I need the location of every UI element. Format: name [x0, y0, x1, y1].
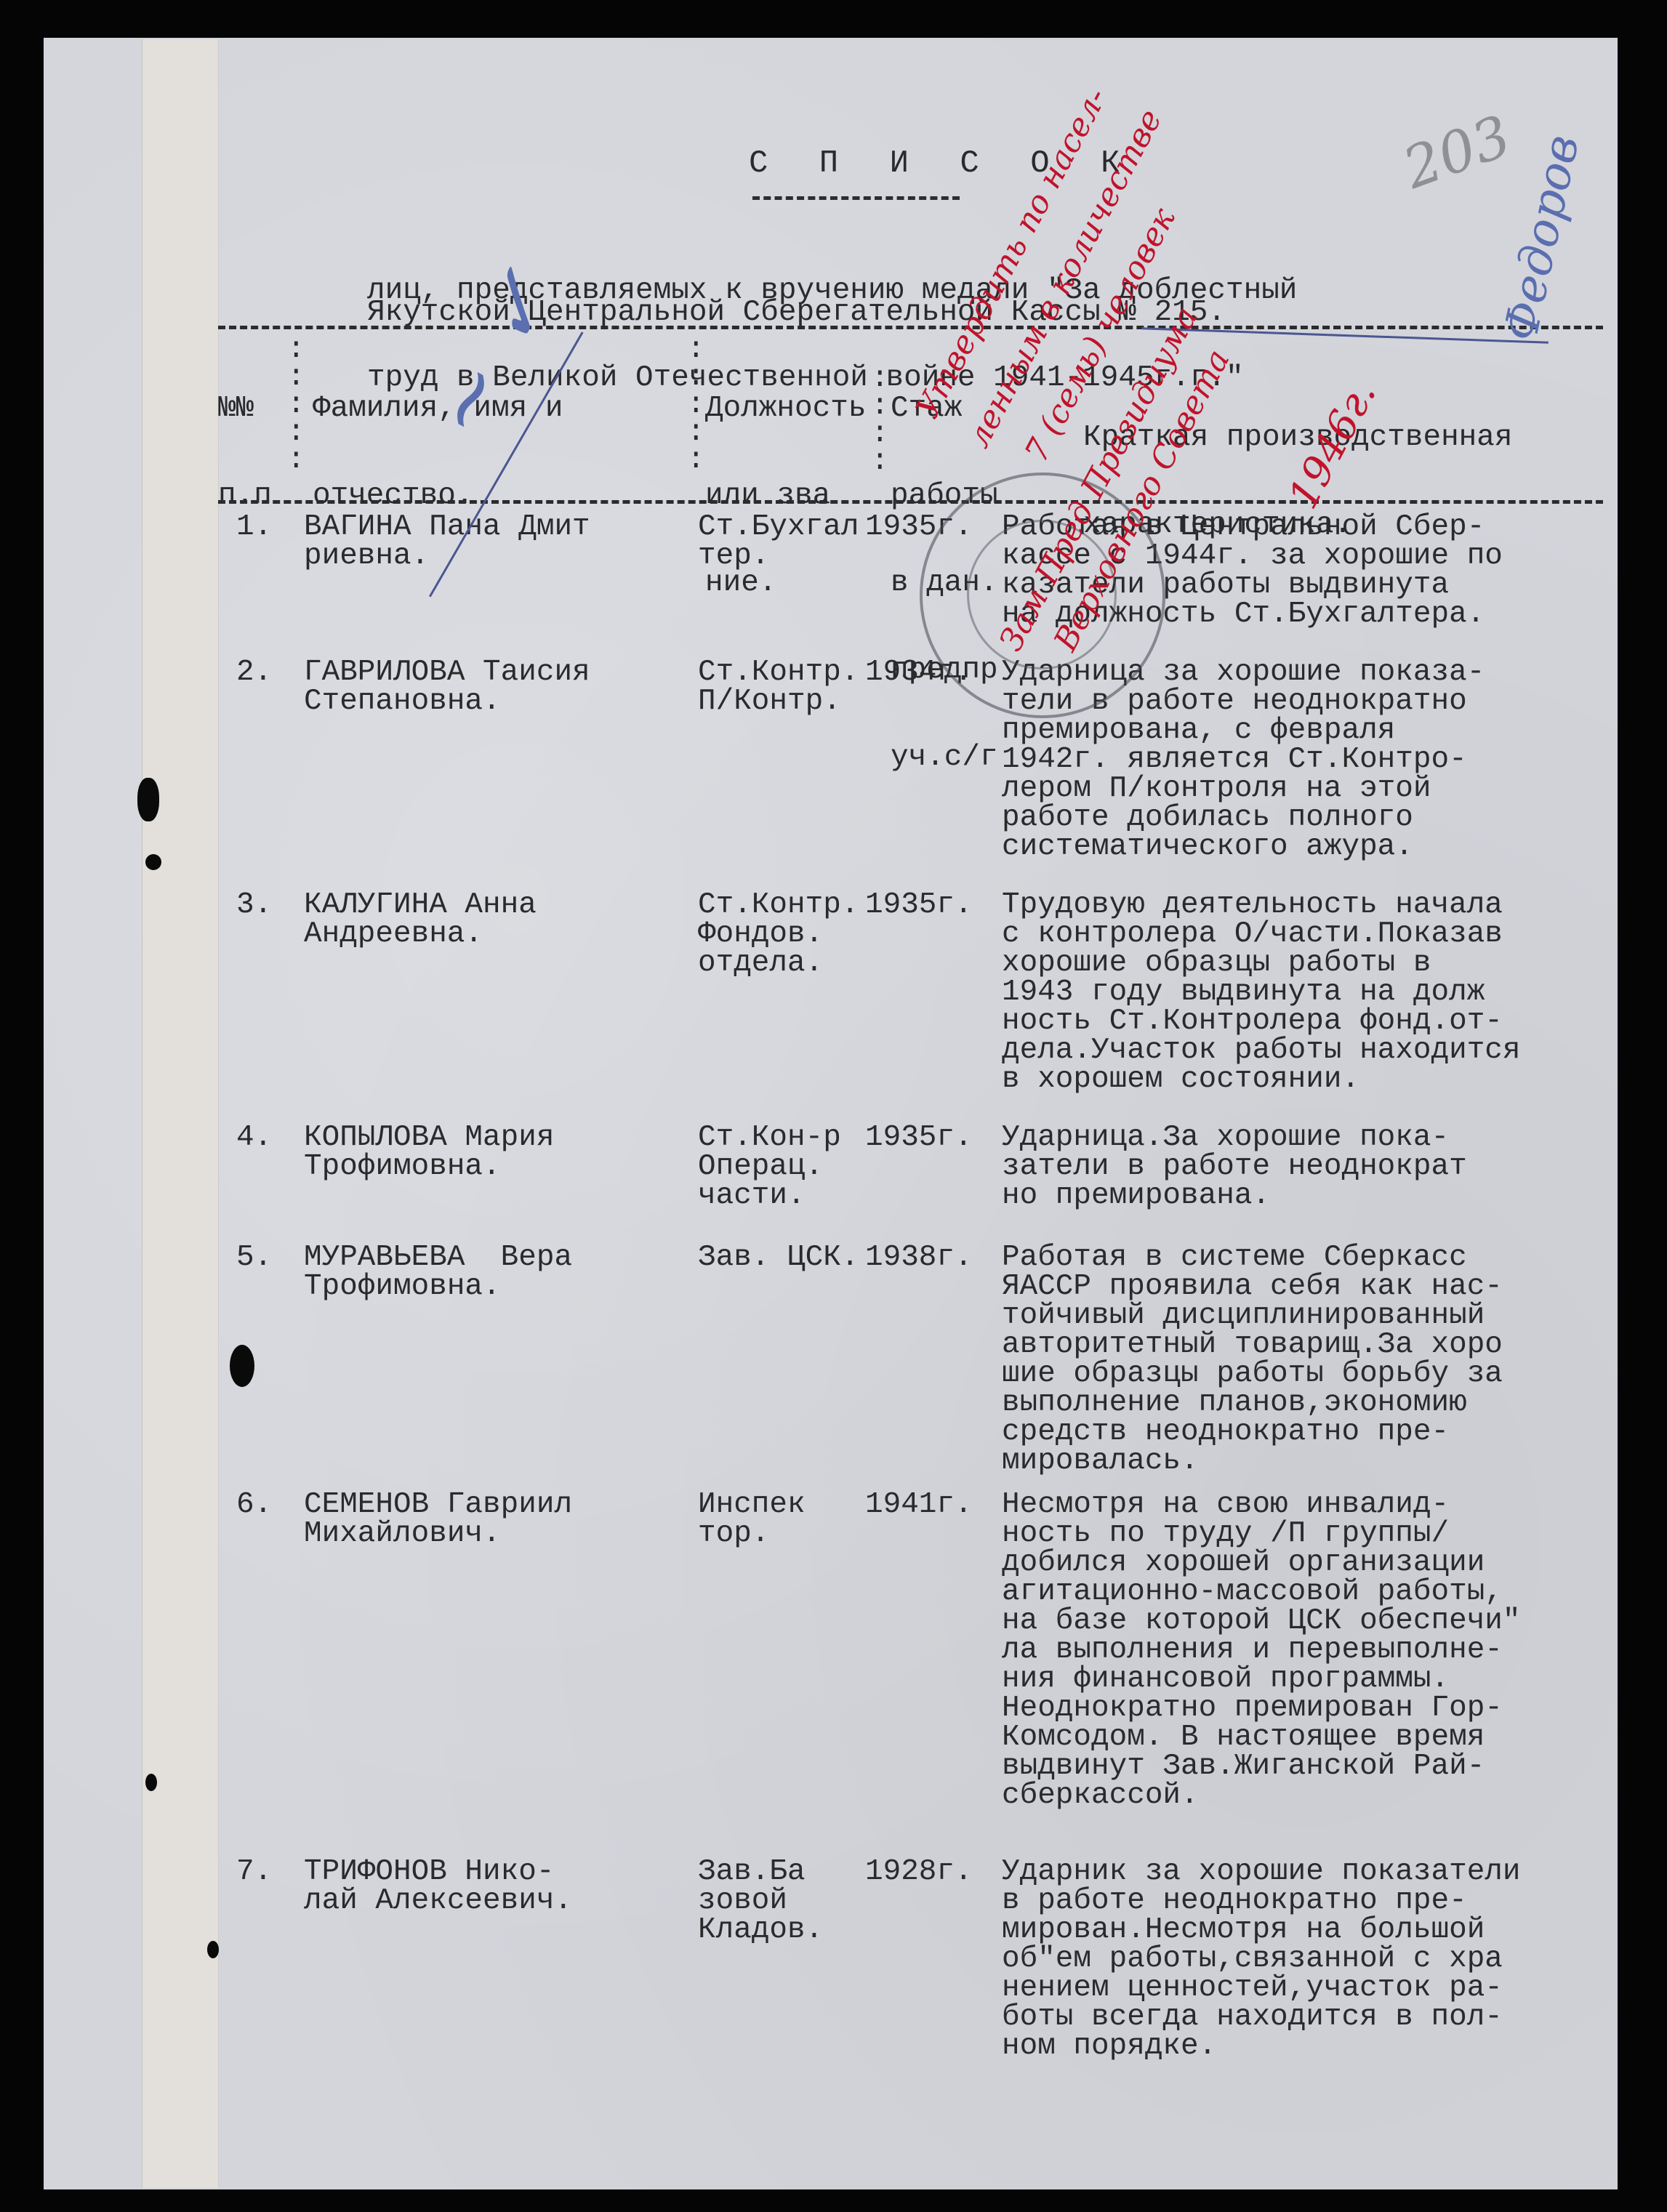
work-experience: 1935г. — [865, 1123, 973, 1152]
column-separator: ::::: — [287, 336, 305, 474]
binding-strip — [142, 39, 219, 2188]
header-num: №№ п.п — [218, 336, 272, 539]
work-experience: 1938г. — [865, 1243, 973, 1272]
row-number: 5. — [236, 1243, 272, 1272]
person-name: КАЛУГИНА АннаАндреевна. — [304, 890, 537, 949]
person-position: Ст.Контр.П/Контр. — [698, 658, 859, 716]
person-position: Ст.Кон-рОперац.части. — [698, 1123, 841, 1210]
work-experience: 1941г. — [865, 1490, 973, 1519]
production-characteristic: Работая в системе СберкассЯАССР проявила… — [1002, 1243, 1503, 1476]
production-characteristic: Несмотря на свою инвалид-ность по труду … — [1002, 1490, 1521, 1810]
row-number: 4. — [236, 1123, 272, 1152]
person-name: ГАВРИЛОВА ТаисияСтепановна. — [304, 658, 590, 716]
header-bottom-rule — [218, 500, 1603, 504]
row-number: 2. — [236, 658, 272, 687]
work-experience: 1935г. — [865, 890, 973, 920]
person-name: МУРАВЬЕВА ВераТрофимовна. — [304, 1243, 572, 1301]
row-number: 1. — [236, 512, 272, 542]
production-characteristic: Ударница.За хорошие пока-затели в работе… — [1002, 1123, 1467, 1210]
punch-hole — [207, 1941, 219, 1958]
work-experience: 1928г. — [865, 1857, 973, 1886]
person-name: ВАГИНА Пана Дмитриевна. — [304, 512, 590, 571]
person-position: Зав.БазовойКладов. — [698, 1857, 823, 1944]
person-position: Инспектор. — [698, 1490, 806, 1548]
punch-hole — [145, 854, 161, 870]
person-name: ТРИФОНОВ Нико-лай Алексеевич. — [304, 1857, 572, 1915]
punch-hole — [230, 1345, 254, 1387]
punch-hole — [145, 1774, 157, 1791]
row-number: 7. — [236, 1857, 272, 1886]
title-underline — [752, 196, 960, 200]
person-name: КОПЫЛОВА МарияТрофимовна. — [304, 1123, 554, 1181]
person-position: Зав. ЦСК. — [698, 1243, 859, 1272]
header-position: Должность или зва ние. — [705, 336, 866, 627]
production-characteristic: Ударник за хорошие показателив работе не… — [1002, 1857, 1521, 2061]
row-number: 3. — [236, 890, 272, 920]
punch-hole — [137, 778, 159, 821]
table-top-rule — [218, 326, 1603, 329]
production-characteristic: Трудовую деятельность началас контролера… — [1002, 890, 1521, 1094]
person-position: Ст.Контр.Фондов.отдела. — [698, 890, 859, 978]
column-separator: :::: — [871, 365, 889, 475]
person-name: СЕМЕНОВ ГавриилМихайлович. — [304, 1490, 572, 1548]
row-number: 6. — [236, 1490, 272, 1519]
person-position: Ст.Бухгалтер. — [698, 512, 859, 571]
column-separator: ::::: — [687, 336, 705, 474]
